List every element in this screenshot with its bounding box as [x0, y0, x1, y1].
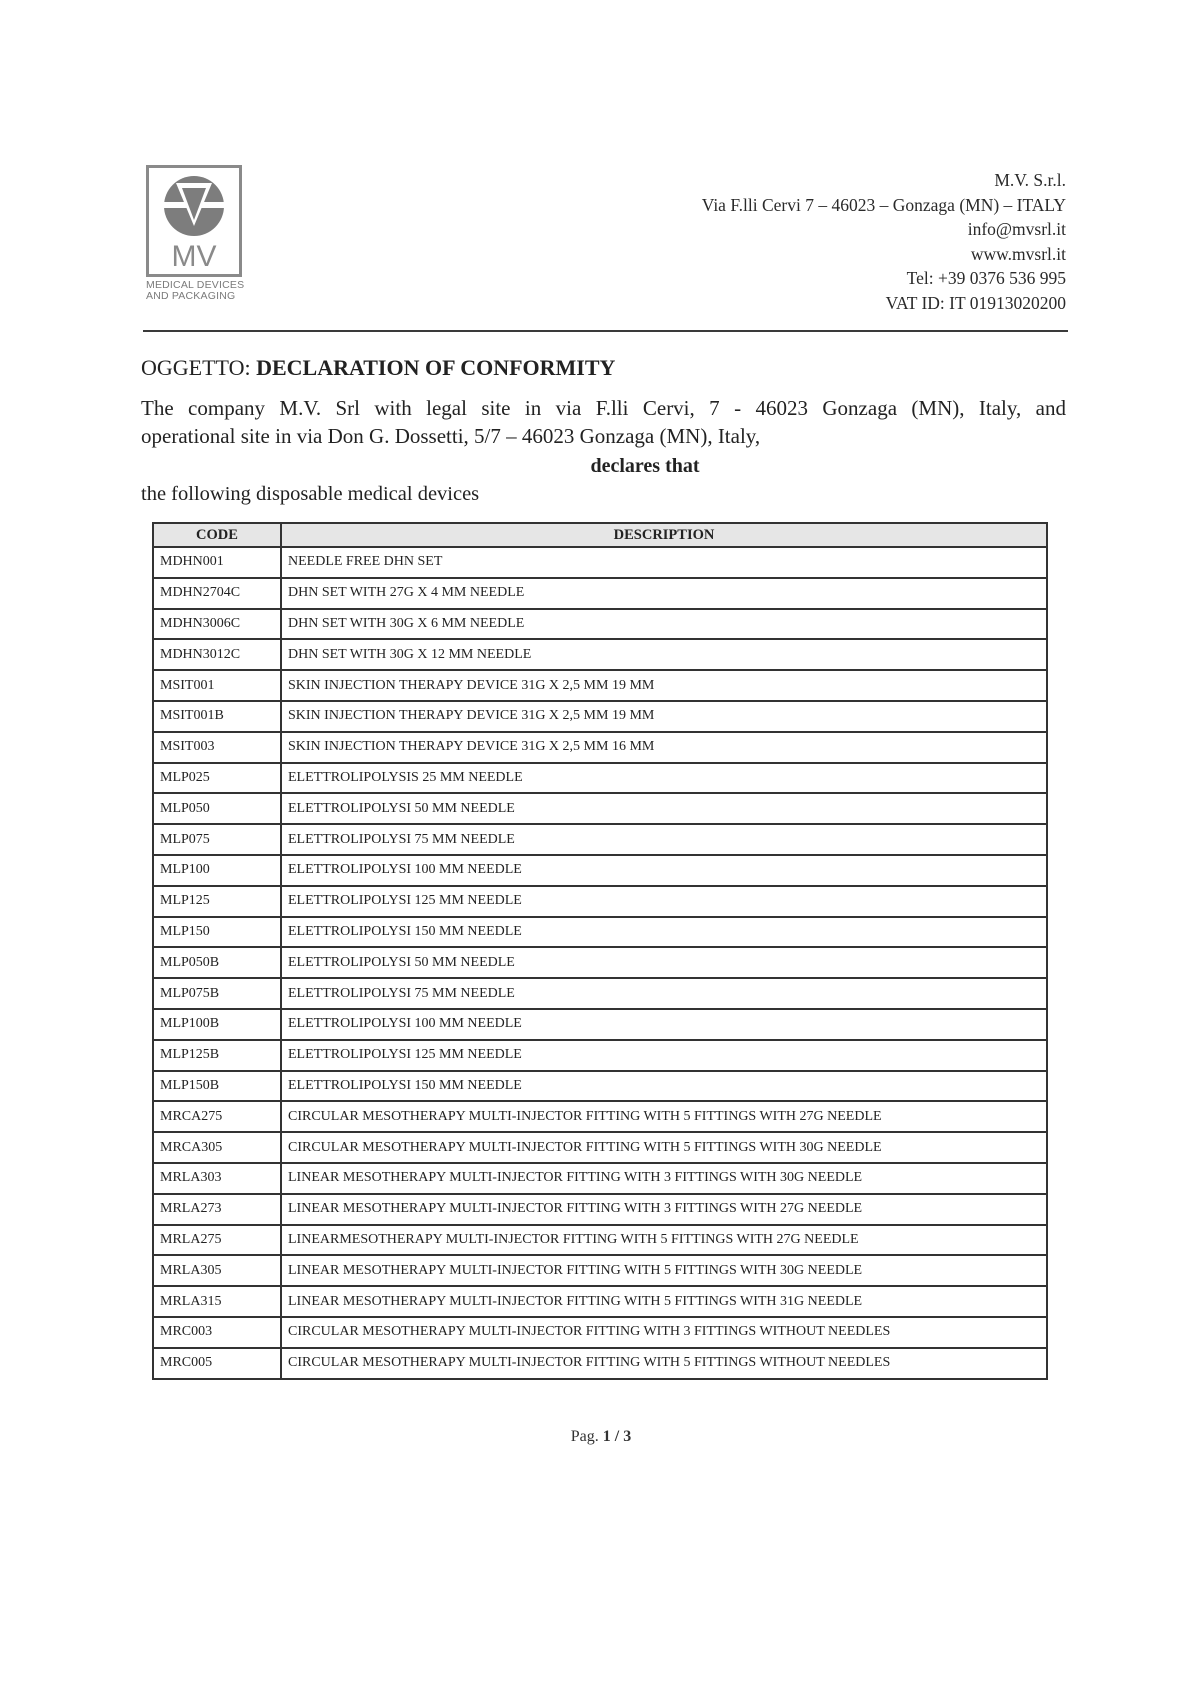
table-row: MRCA275CIRCULAR MESOTHERAPY MULTI-INJECT…	[153, 1101, 1047, 1132]
device-code: MRLA275	[153, 1225, 281, 1256]
table-row: MLP150BELETTROLIPOLYSI 150 MM NEEDLE	[153, 1071, 1047, 1102]
device-code: MRC003	[153, 1317, 281, 1348]
device-code: MDHN3006C	[153, 609, 281, 640]
table-row: MLP075BELETTROLIPOLYSI 75 MM NEEDLE	[153, 978, 1047, 1009]
device-code: MLP100B	[153, 1009, 281, 1040]
table-row: MDHN001NEEDLE FREE DHN SET	[153, 547, 1047, 578]
table-row: MLP125BELETTROLIPOLYSI 125 MM NEEDLE	[153, 1040, 1047, 1071]
device-description: ELETTROLIPOLYSI 50 MM NEEDLE	[281, 793, 1047, 824]
device-code: MRCA305	[153, 1132, 281, 1163]
logo-mark: MV	[146, 165, 242, 277]
device-description: ELETTROLIPOLYSI 100 MM NEEDLE	[281, 1009, 1047, 1040]
device-code: MLP150	[153, 917, 281, 948]
devices-intro: the following disposable medical devices	[141, 483, 479, 506]
table-row: MLP025ELETTROLIPOLYSIS 25 MM NEEDLE	[153, 763, 1047, 794]
table-row: MLP100BELETTROLIPOLYSI 100 MM NEEDLE	[153, 1009, 1047, 1040]
table-row: MLP100ELETTROLIPOLYSI 100 MM NEEDLE	[153, 855, 1047, 886]
device-code: MDHN2704C	[153, 578, 281, 609]
device-code: MLP075	[153, 824, 281, 855]
table-row: MLP150ELETTROLIPOLYSI 150 MM NEEDLE	[153, 917, 1047, 948]
table-row: MRCA305CIRCULAR MESOTHERAPY MULTI-INJECT…	[153, 1132, 1047, 1163]
svg-text:MV: MV	[172, 240, 217, 273]
declares-heading: declares that	[0, 455, 1190, 478]
page-number: Pag. 1 / 3	[0, 1428, 1190, 1446]
device-description: LINEAR MESOTHERAPY MULTI-INJECTOR FITTIN…	[281, 1255, 1047, 1286]
table-row: MSIT001SKIN INJECTION THERAPY DEVICE 31G…	[153, 670, 1047, 701]
table-row: MDHN3006CDHN SET WITH 30G X 6 MM NEEDLE	[153, 609, 1047, 640]
device-description: ELETTROLIPOLYSI 125 MM NEEDLE	[281, 1040, 1047, 1071]
header-description: DESCRIPTION	[281, 523, 1047, 547]
device-description: CIRCULAR MESOTHERAPY MULTI-INJECTOR FITT…	[281, 1317, 1047, 1348]
table-row: MDHN3012CDHN SET WITH 30G X 12 MM NEEDLE	[153, 639, 1047, 670]
device-code: MRC005	[153, 1348, 281, 1379]
device-code: MRLA273	[153, 1194, 281, 1225]
device-code: MRLA303	[153, 1163, 281, 1194]
table-row: MRC005CIRCULAR MESOTHERAPY MULTI-INJECTO…	[153, 1348, 1047, 1379]
document-title: DECLARATION OF CONFORMITY	[256, 355, 615, 380]
device-description: DHN SET WITH 30G X 12 MM NEEDLE	[281, 639, 1047, 670]
device-description: NEEDLE FREE DHN SET	[281, 547, 1047, 578]
company-phone: Tel: +39 0376 536 995	[702, 266, 1066, 291]
device-code: MDHN001	[153, 547, 281, 578]
device-code: MSIT001	[153, 670, 281, 701]
devices-table: CODE DESCRIPTION MDHN001NEEDLE FREE DHN …	[152, 522, 1048, 1380]
intro-paragraph: The company M.V. Srl with legal site in …	[141, 394, 1066, 450]
device-description: ELETTROLIPOLYSI 150 MM NEEDLE	[281, 917, 1047, 948]
company-name: M.V. S.r.l.	[702, 168, 1066, 193]
table-row: MRLA273LINEAR MESOTHERAPY MULTI-INJECTOR…	[153, 1194, 1047, 1225]
device-description: CIRCULAR MESOTHERAPY MULTI-INJECTOR FITT…	[281, 1101, 1047, 1132]
device-description: ELETTROLIPOLYSI 75 MM NEEDLE	[281, 824, 1047, 855]
table-row: MRLA315LINEAR MESOTHERAPY MULTI-INJECTOR…	[153, 1286, 1047, 1317]
device-description: SKIN INJECTION THERAPY DEVICE 31G X 2,5 …	[281, 670, 1047, 701]
table-row: MLP075ELETTROLIPOLYSI 75 MM NEEDLE	[153, 824, 1047, 855]
company-logo: MV MEDICAL DEVICES AND PACKAGING	[146, 165, 246, 302]
device-code: MLP150B	[153, 1071, 281, 1102]
device-code: MRCA275	[153, 1101, 281, 1132]
table-row: MRLA305LINEAR MESOTHERAPY MULTI-INJECTOR…	[153, 1255, 1047, 1286]
device-code: MLP075B	[153, 978, 281, 1009]
device-code: MSIT003	[153, 732, 281, 763]
device-code: MRLA315	[153, 1286, 281, 1317]
device-description: LINEAR MESOTHERAPY MULTI-INJECTOR FITTIN…	[281, 1163, 1047, 1194]
device-description: ELETTROLIPOLYSIS 25 MM NEEDLE	[281, 763, 1047, 794]
table-row: MDHN2704CDHN SET WITH 27G X 4 MM NEEDLE	[153, 578, 1047, 609]
device-description: ELETTROLIPOLYSI 150 MM NEEDLE	[281, 1071, 1047, 1102]
device-code: MSIT001B	[153, 701, 281, 732]
document-subject: OGGETTO: DECLARATION OF CONFORMITY	[141, 355, 615, 381]
mv-logo-icon: MV	[149, 168, 239, 274]
table-row: MRC003CIRCULAR MESOTHERAPY MULTI-INJECTO…	[153, 1317, 1047, 1348]
device-description: SKIN INJECTION THERAPY DEVICE 31G X 2,5 …	[281, 732, 1047, 763]
device-description: ELETTROLIPOLYSI 125 MM NEEDLE	[281, 886, 1047, 917]
table-row: MSIT001BSKIN INJECTION THERAPY DEVICE 31…	[153, 701, 1047, 732]
company-address: Via F.lli Cervi 7 – 46023 – Gonzaga (MN)…	[702, 193, 1066, 218]
device-description: ELETTROLIPOLYSI 75 MM NEEDLE	[281, 978, 1047, 1009]
table-row: MLP125ELETTROLIPOLYSI 125 MM NEEDLE	[153, 886, 1047, 917]
company-vat: VAT ID: IT 01913020200	[702, 291, 1066, 316]
device-description: LINEAR MESOTHERAPY MULTI-INJECTOR FITTIN…	[281, 1286, 1047, 1317]
device-description: LINEARMESOTHERAPY MULTI-INJECTOR FITTING…	[281, 1225, 1047, 1256]
device-code: MLP050	[153, 793, 281, 824]
device-code: MLP025	[153, 763, 281, 794]
company-info: M.V. S.r.l. Via F.lli Cervi 7 – 46023 – …	[702, 168, 1066, 315]
device-description: ELETTROLIPOLYSI 50 MM NEEDLE	[281, 947, 1047, 978]
device-description: CIRCULAR MESOTHERAPY MULTI-INJECTOR FITT…	[281, 1348, 1047, 1379]
device-code: MDHN3012C	[153, 639, 281, 670]
device-description: DHN SET WITH 30G X 6 MM NEEDLE	[281, 609, 1047, 640]
table-row: MRLA303LINEAR MESOTHERAPY MULTI-INJECTOR…	[153, 1163, 1047, 1194]
device-description: LINEAR MESOTHERAPY MULTI-INJECTOR FITTIN…	[281, 1194, 1047, 1225]
header-code: CODE	[153, 523, 281, 547]
device-code: MLP125	[153, 886, 281, 917]
header-divider	[143, 330, 1068, 332]
device-code: MRLA305	[153, 1255, 281, 1286]
table-row: MSIT003SKIN INJECTION THERAPY DEVICE 31G…	[153, 732, 1047, 763]
table-row: MLP050ELETTROLIPOLYSI 50 MM NEEDLE	[153, 793, 1047, 824]
table-row: MLP050BELETTROLIPOLYSI 50 MM NEEDLE	[153, 947, 1047, 978]
company-email[interactable]: info@mvsrl.it	[702, 217, 1066, 242]
device-code: MLP125B	[153, 1040, 281, 1071]
table-header-row: CODE DESCRIPTION	[153, 523, 1047, 547]
company-website[interactable]: www.mvsrl.it	[702, 242, 1066, 267]
table-row: MRLA275LINEARMESOTHERAPY MULTI-INJECTOR …	[153, 1225, 1047, 1256]
device-code: MLP050B	[153, 947, 281, 978]
device-description: CIRCULAR MESOTHERAPY MULTI-INJECTOR FITT…	[281, 1132, 1047, 1163]
logo-caption: MEDICAL DEVICES AND PACKAGING	[146, 280, 246, 302]
device-description: SKIN INJECTION THERAPY DEVICE 31G X 2,5 …	[281, 701, 1047, 732]
device-code: MLP100	[153, 855, 281, 886]
device-description: ELETTROLIPOLYSI 100 MM NEEDLE	[281, 855, 1047, 886]
device-description: DHN SET WITH 27G X 4 MM NEEDLE	[281, 578, 1047, 609]
